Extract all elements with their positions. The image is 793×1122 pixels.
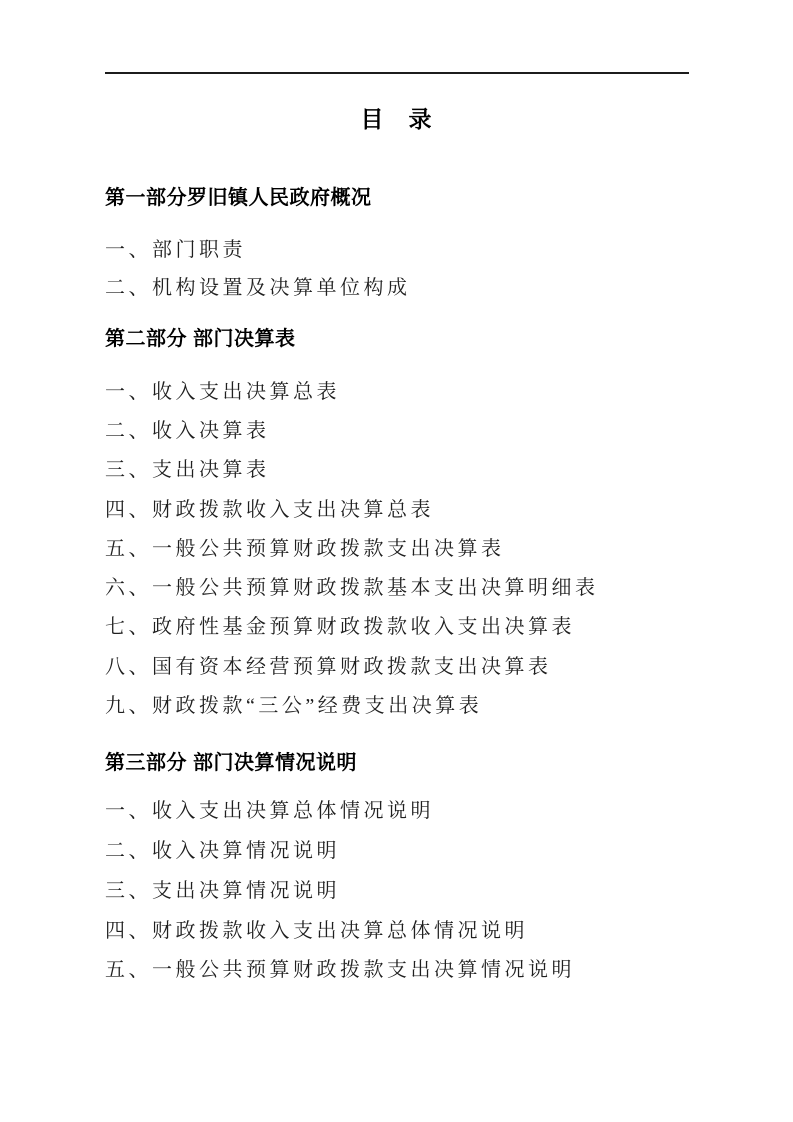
toc-item: 二、收入决算表 <box>105 418 270 444</box>
toc-item: 三、支出决算情况说明 <box>105 878 340 904</box>
toc-item: 二、机构设置及决算单位构成 <box>105 275 411 301</box>
section-heading-part3: 第三部分 部门决算情况说明 <box>105 750 357 776</box>
toc-item: 三、支出决算表 <box>105 457 270 483</box>
header-rule <box>105 72 689 74</box>
toc-item: 六、一般公共预算财政拨款基本支出决算明细表 <box>105 575 599 601</box>
toc-item: 一、收入支出决算总体情况说明 <box>105 798 434 824</box>
toc-item: 二、收入决算情况说明 <box>105 838 340 864</box>
toc-item: 八、国有资本经营预算财政拨款支出决算表 <box>105 654 552 680</box>
toc-item: 五、一般公共预算财政拨款支出决算情况说明 <box>105 957 575 983</box>
toc-item: 五、一般公共预算财政拨款支出决算表 <box>105 536 505 562</box>
section-heading-part1: 第一部分罗旧镇人民政府概况 <box>105 185 372 211</box>
document-page: 目 录 第一部分罗旧镇人民政府概况 一、部门职责 二、机构设置及决算单位构成 第… <box>0 0 793 1122</box>
toc-item: 七、政府性基金预算财政拨款收入支出决算表 <box>105 614 575 640</box>
section-heading-part2: 第二部分 部门决算表 <box>105 326 296 352</box>
toc-item: 一、部门职责 <box>105 237 246 263</box>
toc-item: 一、收入支出决算总表 <box>105 379 340 405</box>
toc-title: 目 录 <box>0 102 793 136</box>
toc-item: 四、财政拨款收入支出决算总表 <box>105 497 434 523</box>
toc-item: 四、财政拨款收入支出决算总体情况说明 <box>105 918 528 944</box>
toc-item: 九、财政拨款“三公”经费支出决算表 <box>105 693 482 719</box>
